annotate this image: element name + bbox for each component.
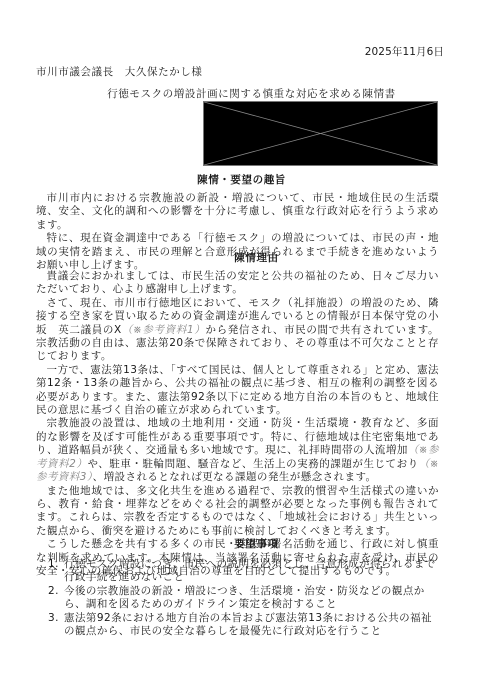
reasons-text: や、駐車・駐輪問題、騒音など、生活上の実務的課題が生じており <box>87 458 418 470</box>
request-number: 3. <box>48 612 64 639</box>
reasons-paragraph: 貴議会におかれましては、市民生活の安定と公共の福祉のため、日々ご尽力いただいてお… <box>36 270 439 297</box>
document-date: 2025年11月6日 <box>365 44 444 59</box>
request-item: 2. 今後の宗教施設の新設・増設につき、生活環境・治安・防災などの観点から、調和… <box>48 585 440 612</box>
reasons-paragraph: 宗教施設の設置は、地域の土地利用・交通・防災・生活環境・教育など、多面的な影響を… <box>36 417 439 484</box>
request-number: 1. <box>48 558 64 585</box>
reasons-paragraph: さて、現在、市川市行徳地区において、モスク（礼拝施設）の増設のため、隣接する空き… <box>36 297 439 364</box>
image-placeholder-cross-icon <box>204 102 437 165</box>
request-number: 2. <box>48 585 64 612</box>
redacted-image-block <box>203 101 438 166</box>
section-heading-summary: 陳情・要望の趣旨 <box>0 172 481 187</box>
request-text: 行徳モスク増設につき、市民への説明を必須とし、合意形成が得られるまで行政手続を進… <box>64 558 440 585</box>
request-item: 3. 憲法第92条における地方自治の本旨および憲法第13条における公共の福祉の観… <box>48 612 440 639</box>
addressee: 市川市議会議長 大久保たかし様 <box>36 64 203 79</box>
request-item: 1. 行徳モスク増設につき、市民への説明を必須とし、合意形成が得られるまで行政手… <box>48 558 440 585</box>
section-heading-requests: 要望事項 <box>0 536 481 551</box>
reasons-text: 、増設されるとなれば更なる課題の発生が懸念されます。 <box>93 471 377 483</box>
reasons-paragraph: 一方で、憲法第13条は、「すべて国民は、個人として尊重される」と定め、憲法第12… <box>36 364 439 418</box>
request-text: 今後の宗教施設の新設・増設につき、生活環境・治安・防災などの観点から、調和を図る… <box>64 585 440 612</box>
document-title: 行徳モスクの増設計画に関する慎重な対応を求める陳情書 <box>0 86 481 101</box>
reasons-text: 宗教施設の設置は、地域の土地利用・交通・防災・生活環境・教育など、多面的な影響を… <box>36 417 439 456</box>
reasons-section: 貴議会におかれましては、市民生活の安定と公共の福祉のため、日々ご尽力いただいてお… <box>36 270 439 578</box>
requests-list: 1. 行徳モスク増設につき、市民への説明を必須とし、合意形成が得られるまで行政手… <box>48 558 440 638</box>
reference-note: （※参考資料1） <box>122 324 206 336</box>
reasons-paragraph: また他地域では、多文化共生を進める過程で、宗教的慣習や生活様式の違いから、教育・… <box>36 485 439 539</box>
section-heading-reasons: 陳情理由 <box>0 250 481 265</box>
summary-paragraph: 市川市内における宗教施設の新設・増設について、市民・地域住民の生活環境、安全、文… <box>36 192 439 232</box>
request-text: 憲法第92条における地方自治の本旨および憲法第13条における公共の福祉の観点から… <box>64 612 440 639</box>
document-page: 2025年11月6日 市川市議会議長 大久保たかし様 行徳モスクの増設計画に関す… <box>0 0 481 680</box>
